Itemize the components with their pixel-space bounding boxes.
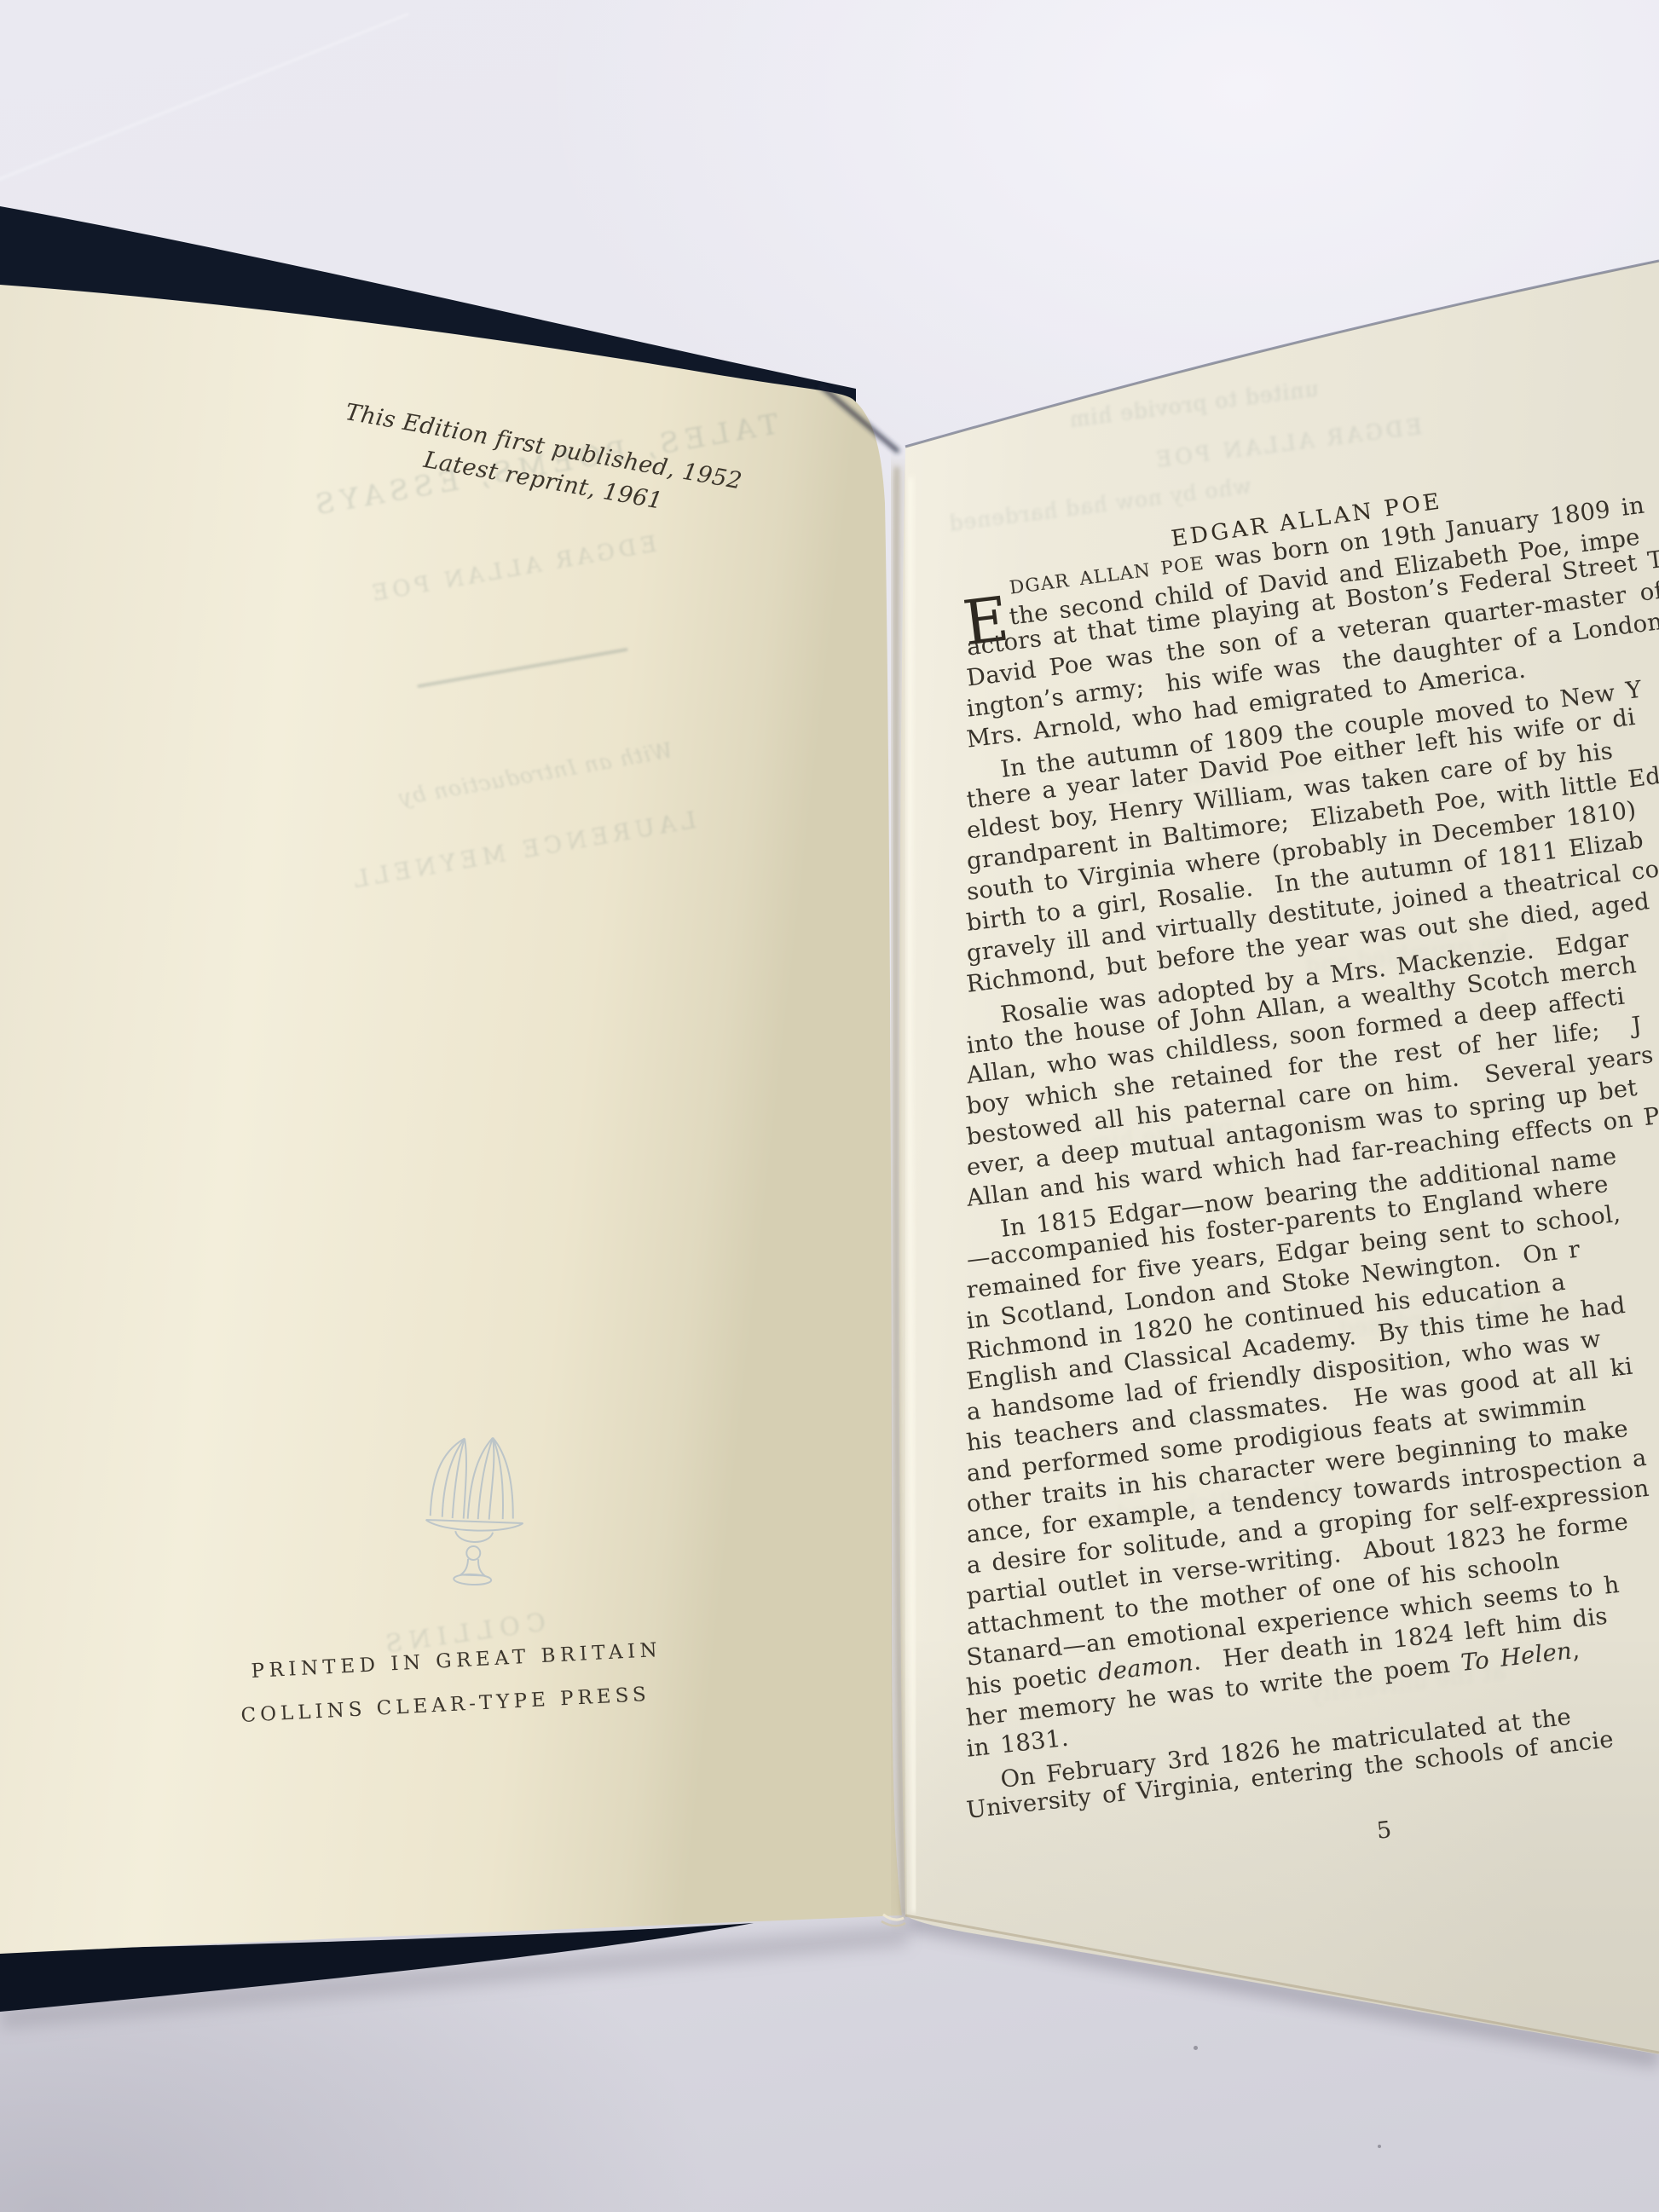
- right-page-bottom-shading: [899, 261, 1659, 2054]
- backdrop-speck: [1378, 2145, 1381, 2148]
- gutter-page-stack-line2: [882, 1921, 905, 1926]
- book-shapes: [0, 0, 1659, 2212]
- book-photo: This Edition first published, 1952 Lates…: [0, 0, 1659, 2212]
- left-page: [0, 285, 902, 1954]
- backdrop-speck: [1194, 2046, 1198, 2050]
